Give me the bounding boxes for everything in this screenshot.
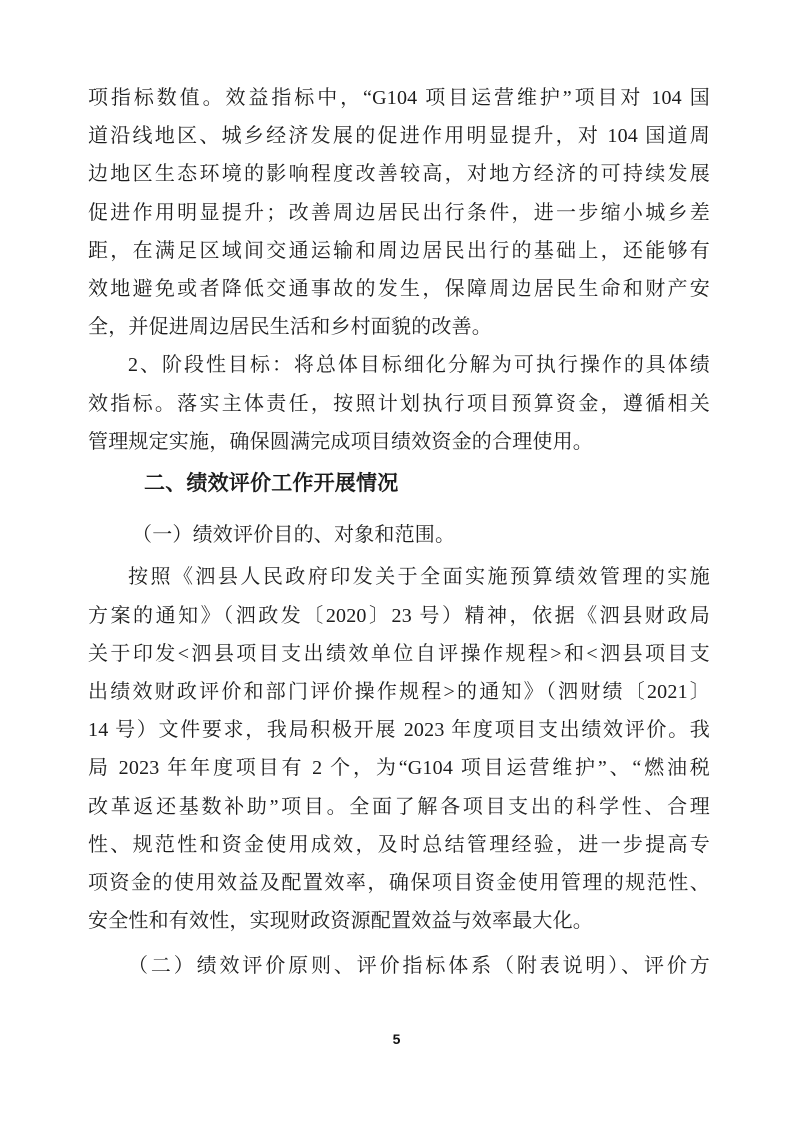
section-heading: 二、绩效评价工作开展情况: [88, 465, 710, 503]
body-line: 2、阶段性目标：将总体目标细化分解为可执行操作的具体绩: [88, 346, 710, 384]
body-line: 局 2023 年年度项目有 2 个，为“G104 项目运营维护”、“燃油税: [88, 749, 710, 787]
document-content: 项指标数值。效益指标中，“G104 项目运营维护”项目对 104 国 道沿线地区…: [88, 79, 710, 986]
body-line: 安全性和有效性，实现财政资源配置效益与效率最大化。: [88, 902, 710, 940]
body-line: 边地区生态环境的影响程度改善较高，对地方经济的可持续发展: [88, 155, 710, 193]
body-line: 14 号）文件要求，我局积极开展 2023 年度项目支出绩效评价。我: [88, 711, 710, 749]
subsection-heading: （二）绩效评价原则、评价指标体系（附表说明）、评价方: [88, 947, 710, 985]
body-line: 道沿线地区、城乡经济发展的促进作用明显提升，对 104 国道周: [88, 117, 710, 155]
body-line: 改革返还基数补助”项目。全面了解各项目支出的科学性、合理: [88, 788, 710, 826]
subsection-heading: （一）绩效评价目的、对象和范围。: [88, 516, 710, 554]
body-line: 效指标。落实主体责任，按照计划执行项目预算资金，遵循相关: [88, 385, 710, 423]
body-line: 促进作用明显提升；改善周边居民出行条件，进一步缩小城乡差: [88, 194, 710, 232]
body-line: 管理规定实施，确保圆满完成项目绩效资金的合理使用。: [88, 423, 710, 461]
body-line: 全，并促进周边居民生活和乡村面貌的改善。: [88, 308, 710, 346]
body-line: 距，在满足区域间交通运输和周边居民出行的基础上，还能够有: [88, 232, 710, 270]
page-number: 5: [0, 1031, 793, 1047]
body-line: 出绩效财政评价和部门评价操作规程>的通知》（泗财绩〔2021〕: [88, 673, 710, 711]
body-line: 关于印发<泗县项目支出绩效单位自评操作规程>和<泗县项目支: [88, 635, 710, 673]
body-line: 效地避免或者降低交通事故的发生，保障周边居民生命和财产安: [88, 270, 710, 308]
body-line: 方案的通知》（泗政发〔2020〕23 号）精神，依据《泗县财政局: [88, 597, 710, 635]
body-line: 项资金的使用效益及配置效率，确保项目资金使用管理的规范性、: [88, 864, 710, 902]
document-page: 项指标数值。效益指标中，“G104 项目运营维护”项目对 104 国 道沿线地区…: [0, 0, 793, 1121]
body-line: 项指标数值。效益指标中，“G104 项目运营维护”项目对 104 国: [88, 79, 710, 117]
body-line: 性、规范性和资金使用成效，及时总结管理经验，进一步提高专: [88, 826, 710, 864]
body-line: 按照《泗县人民政府印发关于全面实施预算绩效管理的实施: [88, 558, 710, 596]
